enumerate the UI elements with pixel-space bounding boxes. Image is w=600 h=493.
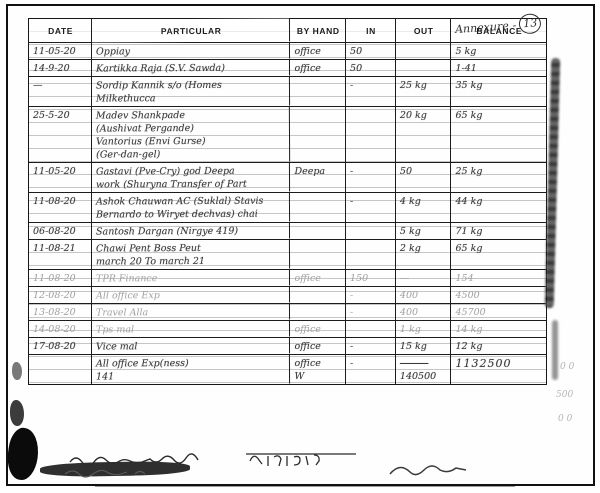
- cell-in: -: [346, 355, 396, 384]
- cell-by_hand: office: [290, 60, 346, 76]
- table-row: 11-05-20Oppiayoffice505 kg: [29, 43, 546, 60]
- cell-particular: Santosh Dargan (Nirgye 419): [92, 222, 290, 239]
- cell-balance: 44 kg: [451, 193, 546, 222]
- table-row: 11-05-20Gastavi (Pve-Cry) god Deepa work…: [29, 163, 546, 193]
- table-row: 11-08-21Chawi Pent Boss Peut march 20 To…: [29, 240, 546, 270]
- cell-out: 400: [396, 304, 452, 320]
- cell-by_hand: [290, 107, 346, 162]
- cell-by_hand: office: [290, 270, 346, 286]
- cell-date: 17-08-20: [29, 338, 92, 354]
- cell-in: -: [346, 77, 396, 106]
- cell-balance: 1-41: [451, 60, 546, 76]
- cell-date: 11-08-21: [29, 240, 92, 269]
- table-row: 11-08-20TPR Financeoffice150—154: [29, 270, 546, 287]
- cell-out: 1 kg: [396, 321, 452, 337]
- cell-balance: 65 kg: [451, 240, 546, 269]
- cell-date: 11-08-20: [29, 193, 92, 222]
- cell-in: [346, 240, 396, 269]
- stray-numerals: 500: [556, 390, 573, 400]
- scanned-ledger-page: Annexure-13 DATE PARTICULAR BY HAND IN O…: [0, 0, 600, 493]
- cell-out: 400: [396, 287, 452, 303]
- cell-in: -: [346, 338, 396, 354]
- cell-in: 50: [346, 43, 396, 59]
- cell-in: 150: [346, 270, 396, 286]
- signature: [390, 466, 466, 475]
- cell-balance: 14 kg: [451, 321, 546, 337]
- cell-particular: Travel Alla: [92, 303, 290, 320]
- table-row: —Sordip Kannik s/o (Homes Milkethucca-25…: [29, 77, 546, 107]
- cell-out: 50: [396, 163, 452, 192]
- cell-particular: Ashok Chauwan AC (Suklal) Stavis Bernard…: [92, 192, 290, 222]
- cell-balance: 45700: [451, 304, 546, 320]
- cell-in: -: [346, 193, 396, 222]
- cell-in: [346, 321, 396, 337]
- cell-date: [29, 355, 92, 384]
- cell-by_hand: [290, 77, 346, 106]
- header-out: OUT: [396, 19, 452, 42]
- cell-in: [346, 107, 396, 162]
- cell-by_hand: office: [290, 338, 346, 354]
- header-in: IN: [346, 19, 396, 42]
- cell-particular: Vice mal: [92, 337, 290, 354]
- cell-balance: 71 kg: [451, 223, 546, 239]
- cell-by_hand: office: [290, 321, 346, 337]
- cell-out: [396, 60, 452, 76]
- cell-out: —: [396, 270, 452, 286]
- cell-in: 50: [346, 60, 396, 76]
- header-by-hand: BY HAND: [290, 19, 346, 42]
- ink-smudge: [10, 400, 24, 426]
- cell-date: 13-08-20: [29, 304, 92, 320]
- cell-out: 25 kg: [396, 77, 452, 106]
- stray-numerals: 0 0: [560, 362, 574, 372]
- cell-balance: 12 kg: [451, 338, 546, 354]
- cell-date: 11-05-20: [29, 163, 92, 192]
- cell-out: 5 kg: [396, 223, 452, 239]
- cell-date: —: [29, 77, 92, 106]
- cell-date: 11-05-20: [29, 43, 92, 59]
- ledger-table: DATE PARTICULAR BY HAND IN OUT BALANCE 1…: [28, 18, 547, 385]
- cell-particular: All office Exp: [92, 286, 290, 303]
- stray-numerals: 0 0: [558, 414, 572, 424]
- cell-date: 25-5-20: [29, 107, 92, 162]
- illegible-handwriting: [60, 448, 540, 488]
- cell-date: 12-08-20: [29, 287, 92, 303]
- cell-by_hand: office: [290, 43, 346, 59]
- cell-particular: Tps mal: [92, 320, 290, 337]
- cell-balance: 1132500: [451, 355, 546, 384]
- table-body: 11-05-20Oppiayoffice505 kg14-9-20Kartikk…: [29, 43, 546, 384]
- cell-by_hand: [290, 240, 346, 269]
- cell-particular: Sordip Kannik s/o (Homes Milkethucca: [92, 76, 290, 106]
- cell-in: -: [346, 304, 396, 320]
- cell-particular: TPR Finance: [92, 269, 290, 286]
- cell-out: 20 kg: [396, 107, 452, 162]
- cell-balance: 5 kg: [451, 43, 546, 59]
- cell-in: -: [346, 287, 396, 303]
- annexure-number-circled: 13: [519, 13, 542, 34]
- cell-out: 2 kg: [396, 240, 452, 269]
- table-row: 06-08-20Santosh Dargan (Nirgye 419)5 kg7…: [29, 223, 546, 240]
- cell-particular: Gastavi (Pve-Cry) god Deepa work (Shuryn…: [92, 162, 290, 192]
- cell-balance: 4500: [451, 287, 546, 303]
- cell-by_hand: [290, 287, 346, 303]
- cell-by_hand: office W: [290, 355, 346, 384]
- annexure-label: Annexure: [455, 19, 509, 36]
- cell-particular: Madev Shankpade (Aushivat Pergande) Vant…: [92, 106, 291, 162]
- table-row: 25-5-20Madev Shankpade (Aushivat Pergand…: [29, 107, 546, 163]
- table-row: 11-08-20Ashok Chauwan AC (Suklal) Stavis…: [29, 193, 546, 223]
- header-particular: PARTICULAR: [92, 18, 290, 42]
- table-row: 13-08-20Travel Alla-40045700: [29, 304, 546, 321]
- cell-by_hand: [290, 193, 346, 222]
- binding-shadow-lower: [552, 320, 558, 380]
- table-row: 14-9-20Kartikka Raja (S.V. Sawda)office5…: [29, 60, 546, 77]
- cell-date: 14-9-20: [29, 60, 92, 76]
- cell-out: [396, 43, 452, 59]
- cell-particular: Oppiay: [92, 42, 290, 59]
- cell-by_hand: [290, 304, 346, 320]
- cell-particular: Chawi Pent Boss Peut march 20 To march 2…: [92, 239, 290, 269]
- cell-date: 14-08-20: [29, 321, 92, 337]
- cell-particular: Kartikka Raja (S.V. Sawda): [92, 59, 290, 76]
- annexure-dash: -: [512, 18, 516, 31]
- cell-balance: 154: [451, 270, 546, 286]
- ink-smudge: [12, 362, 22, 380]
- cell-balance: 25 kg: [451, 163, 546, 192]
- cell-particular: All office Exp(ness) 141: [92, 354, 290, 384]
- table-row: 12-08-20All office Exp-4004500: [29, 287, 546, 304]
- cell-balance: 35 kg: [451, 77, 546, 106]
- cell-balance: 65 kg: [451, 107, 546, 162]
- header-date: DATE: [29, 19, 92, 42]
- cell-in: [346, 223, 396, 239]
- cell-out: ——— 140500: [396, 355, 452, 384]
- cell-date: 11-08-20: [29, 270, 92, 286]
- cell-out: 4 kg: [396, 193, 452, 222]
- cell-out: 15 kg: [396, 338, 452, 354]
- cell-by_hand: [290, 223, 346, 239]
- cell-in: -: [346, 163, 396, 192]
- table-row: All office Exp(ness) 141office W-——— 140…: [29, 355, 546, 384]
- table-row: 14-08-20Tps maloffice1 kg14 kg: [29, 321, 546, 338]
- cell-date: 06-08-20: [29, 223, 92, 239]
- table-row: 17-08-20Vice maloffice-15 kg12 kg: [29, 338, 546, 355]
- cell-by_hand: Deepa: [290, 163, 346, 192]
- scan-edge-line: [95, 486, 515, 487]
